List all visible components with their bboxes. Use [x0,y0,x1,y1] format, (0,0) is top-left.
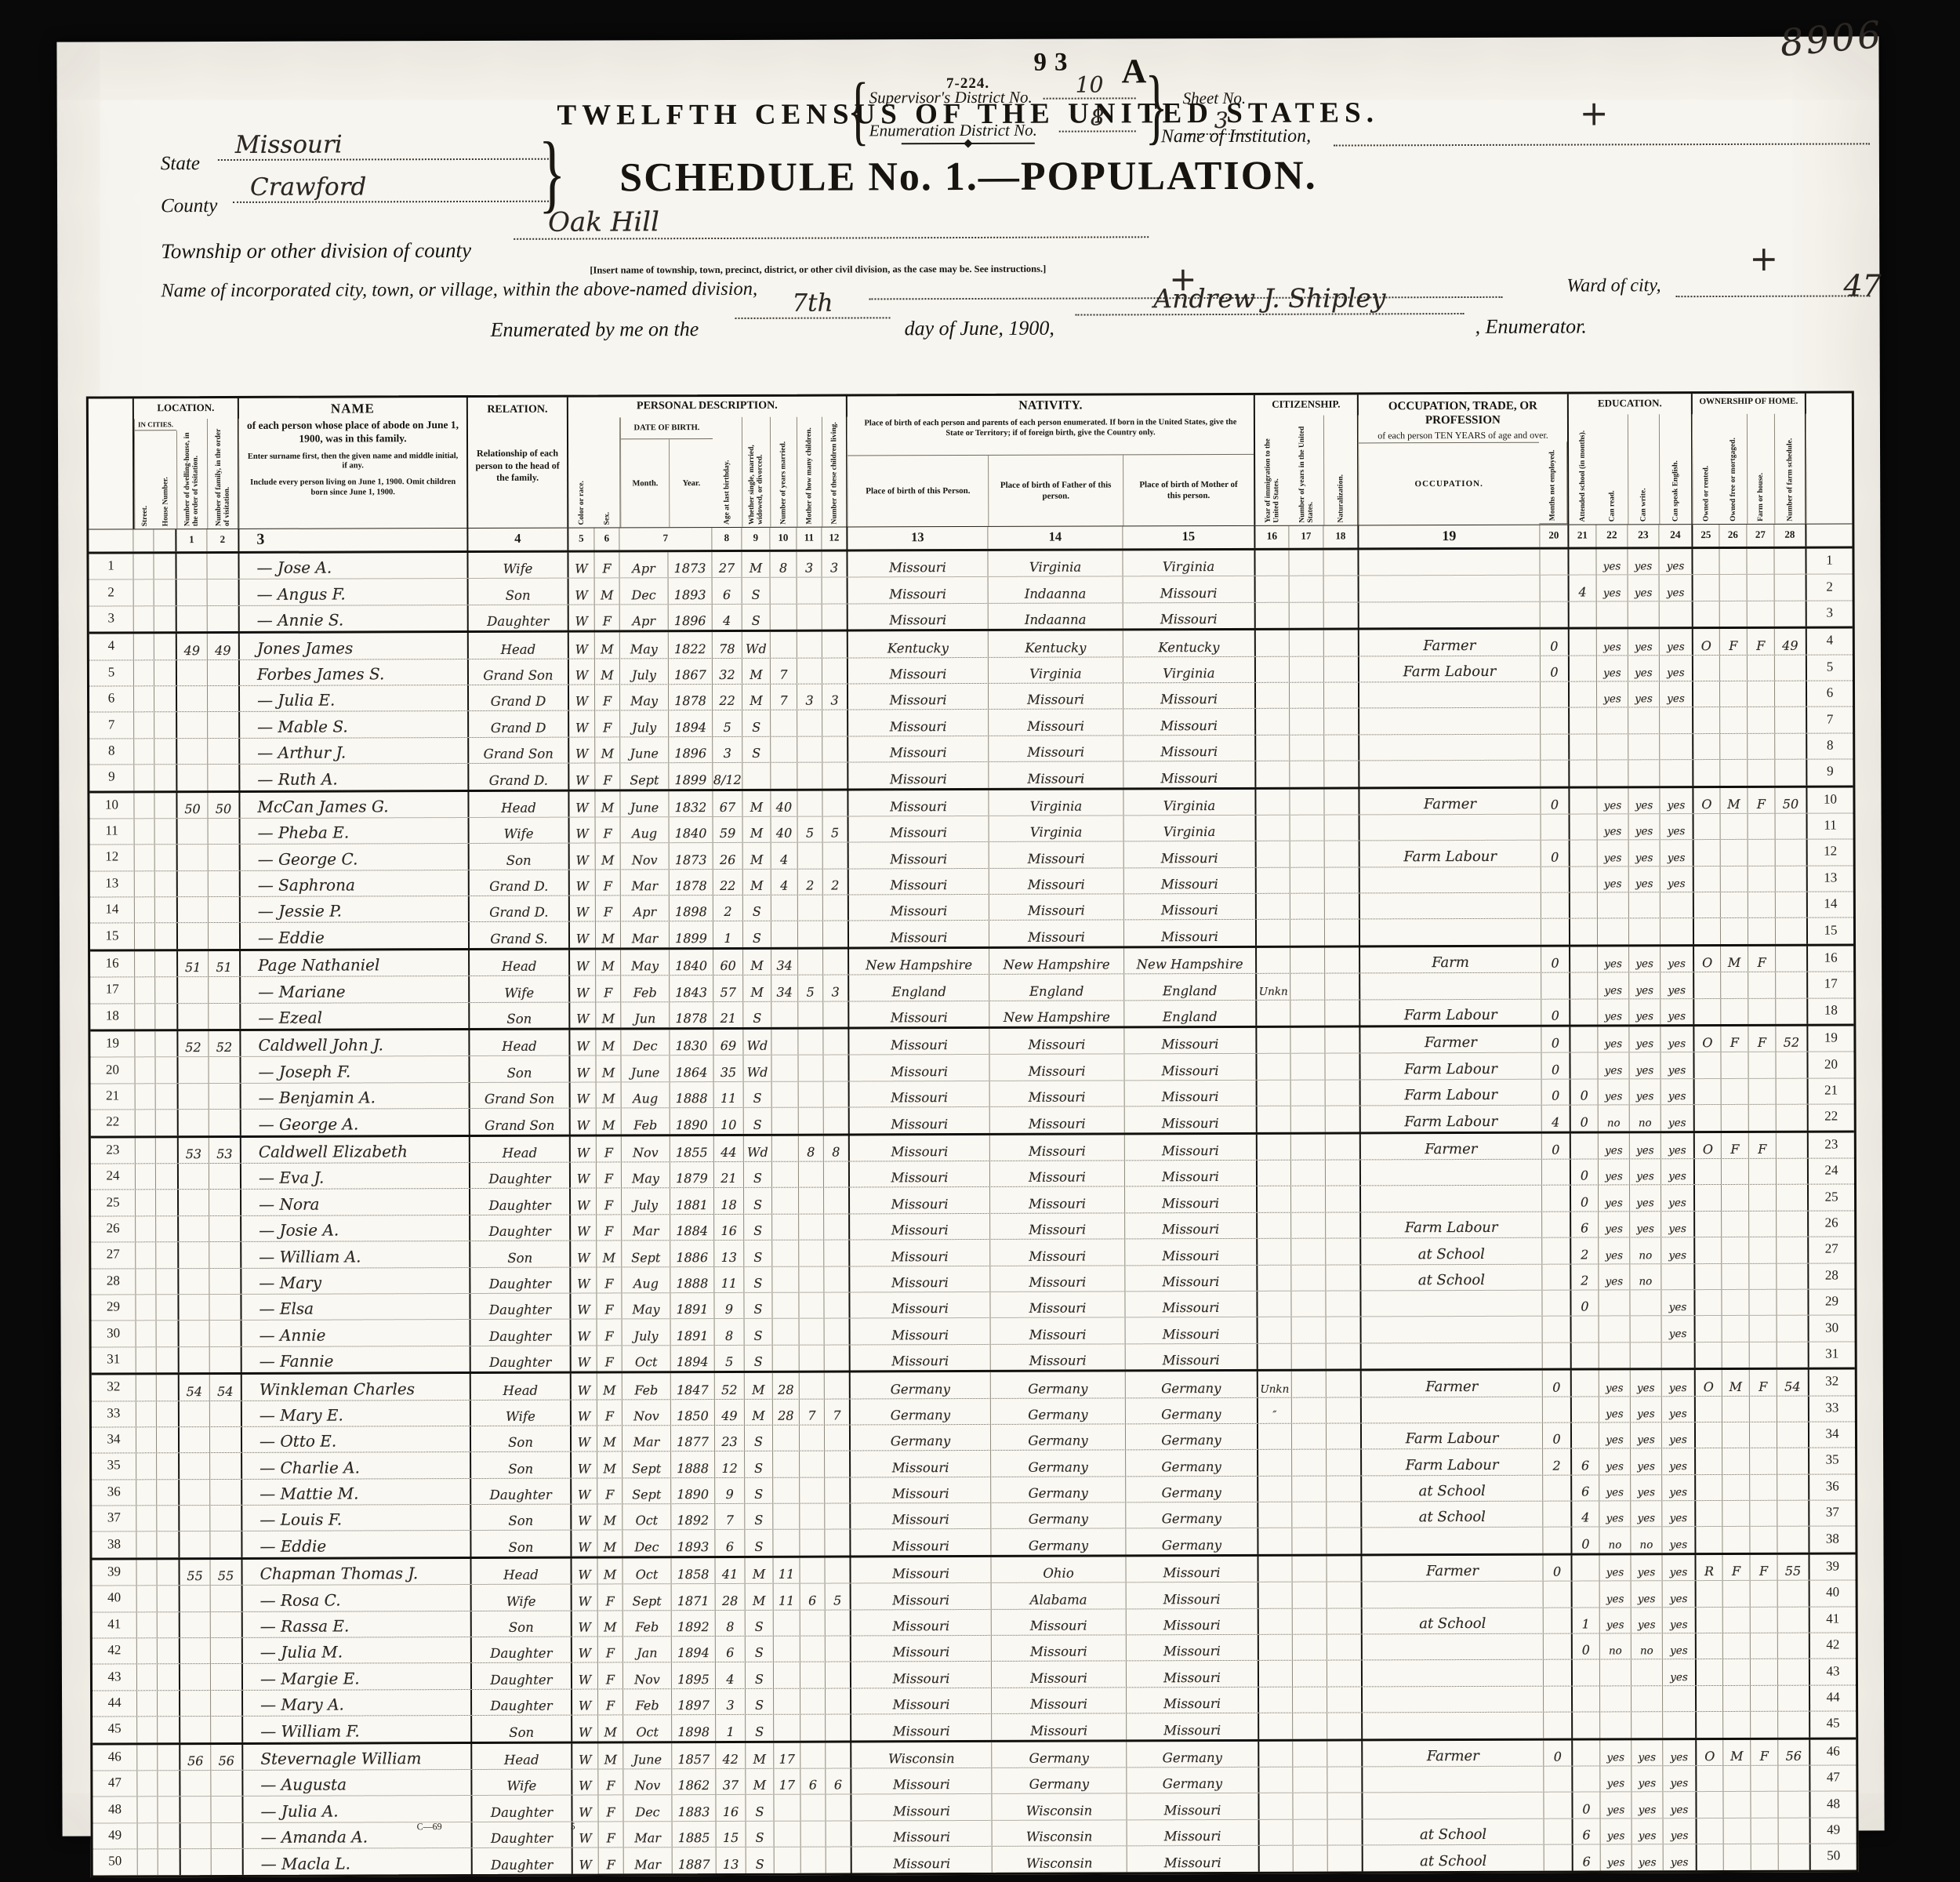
cell-sp: yes [1661,1370,1694,1396]
cell-ms: M [742,869,771,895]
cell-fh [1748,998,1775,1024]
cell-mc [797,710,822,736]
column-number: 11 [796,528,821,550]
cell-d [176,686,207,712]
cell-mo: Mar [623,1822,672,1847]
cell-blank [136,1745,157,1770]
cell-ow: O [1693,1026,1720,1052]
cell-d [176,739,207,765]
cell-fh [1751,1844,1778,1870]
cell-yr: 1899 [669,922,713,948]
cell-oc: at School [1359,1264,1541,1290]
cell-cr: W [567,553,593,578]
cell-pb: Missouri [848,1292,989,1318]
cell-f [208,845,239,870]
cell-ow [1694,1448,1722,1474]
cell-fm [1722,1527,1749,1553]
cell-ns [1774,707,1806,733]
cell-rl: Son [470,1505,570,1531]
cell-cr: W [571,1716,597,1741]
cell-ns [1777,1792,1809,1818]
occupation-sub: of each person TEN YEARS of age and over… [1365,430,1561,441]
cell-f [208,871,239,897]
col-farm-or-house: Farm or house. [1748,414,1775,524]
cell-mc [799,1504,824,1529]
cell-nm: — Mattie M. [241,1479,470,1505]
column-number [132,529,153,551]
cell-yu [1292,1713,1327,1739]
cell-mo: June [619,737,668,763]
cell-yu [1291,1397,1326,1423]
cell-ag: 9 [714,1478,744,1504]
cell-cr: W [568,922,595,947]
cell-sc [1568,734,1596,760]
cell-rd: yes [1599,1582,1631,1608]
cell-cr: W [572,1848,598,1873]
cell-ym [774,1821,800,1846]
cell-wr: yes [1628,1053,1660,1079]
cell-wr: no [1629,1264,1661,1290]
cell-pb: Missouri [848,1081,989,1107]
cell-rd: yes [1597,973,1628,999]
cell-ms: S [744,1477,772,1503]
cell-ow [1693,1052,1720,1078]
cell-rd: yes [1600,1818,1632,1844]
cell-blank [136,1717,157,1742]
cell-cr: W [569,1082,596,1107]
cell-cl: 8 [823,1135,848,1161]
cell-ns [1778,1818,1809,1844]
cell-rl: Grand D [467,685,568,711]
cell-d [177,1269,209,1295]
cell-oc [1358,576,1540,601]
cell-na [1323,735,1358,761]
cell-fh: F [1748,1132,1776,1158]
cell-yr: 1885 [672,1822,716,1847]
cell-pf: Missouri [989,1028,1123,1054]
cell-rl: Grand D. [467,764,568,790]
cell-mo: Oct [622,1346,670,1372]
cell-pm: Missouri [1124,1292,1256,1317]
row-number: 22 [1807,1105,1854,1131]
cell-mc [797,604,822,629]
cell-na [1324,841,1359,867]
cell-blank [155,1295,177,1320]
cell-im [1254,630,1289,656]
cell-ns: 55 [1777,1554,1808,1580]
column-number: 8 [711,528,741,550]
cell-oc [1358,761,1540,787]
cell-ag: 8/12 [712,763,742,789]
cell-ym [773,1688,800,1713]
cell-blank [133,765,154,790]
cell-rd: yes [1599,1608,1631,1633]
cell-yr: 1895 [671,1662,715,1688]
cell-ym [770,710,797,736]
cell-cr: W [568,633,594,658]
cell-nm: — Mary E. [241,1401,470,1426]
cell-mo: Nov [622,1663,671,1689]
cell-sp: yes [1660,867,1693,892]
cell-blank [154,606,176,631]
row-number: 9 [89,765,133,790]
cell-sp: yes [1662,1633,1695,1659]
cell-pf: England [989,975,1123,1001]
column-number: 14 [987,526,1122,549]
cell-wr: yes [1632,1818,1663,1844]
cell-im [1257,1557,1291,1582]
col-can-read: Can read. [1597,414,1628,524]
margin-note: 47 [1843,268,1881,303]
cell-rl: Wife [468,818,568,844]
cell-yu [1289,630,1323,656]
cell-sc: 0 [1570,1079,1598,1105]
cell-wr: yes [1630,1501,1661,1527]
cell-rd: yes [1595,549,1627,575]
cell-yu [1291,1556,1326,1582]
cell-ns [1777,1396,1808,1422]
cell-rl: Daughter [470,1796,571,1822]
cell-cl [822,1030,848,1055]
cell-pb: Missouri [848,869,989,895]
row-number: 49 [93,1823,137,1849]
row-number: 49 [1809,1818,1857,1844]
cell-yr: 1873 [667,552,711,578]
cell-f [209,1216,240,1242]
cell-rl: Daughter [470,1346,570,1372]
cell-blank [137,1823,158,1848]
cell-yr: 1893 [670,1530,714,1556]
cell-blank [156,1427,178,1452]
cell-mo: Aug [621,1267,670,1293]
cell-ow [1693,918,1720,944]
cell-ow [1694,1396,1722,1422]
cell-pf: Missouri [989,1240,1124,1266]
cell-cl [822,896,848,921]
cell-f [207,606,238,632]
cell-mu [1543,1660,1571,1686]
cell-oc: Farm Labour [1359,1053,1541,1079]
cell-fm [1722,1712,1750,1738]
column-number: 21 [1567,525,1595,547]
cell-rd: yes [1599,1766,1631,1792]
cell-pb: Missouri [848,1266,989,1292]
cell-sx: M [594,791,619,816]
row-number: 15 [90,924,134,950]
cell-ns [1776,1290,1807,1316]
cell-cr: W [568,1030,595,1055]
cell-yr: 1878 [668,685,712,710]
cell-pm: Virginia [1123,816,1255,841]
cell-oc [1358,708,1540,734]
cell-na [1327,1793,1361,1819]
cell-ns [1776,1132,1807,1158]
cell-cr: W [570,1505,597,1530]
cell-ns [1777,1607,1809,1633]
cell-cl [825,1795,850,1820]
census-table: LOCATION. IN CITIES. Street. House Numbe… [86,391,1859,1877]
cell-blank [136,1506,156,1531]
cell-fm: M [1719,787,1747,813]
cell-fh [1748,840,1775,866]
cell-ns [1777,1659,1809,1685]
cell-f [208,897,239,923]
cell-pm: Missouri [1123,894,1255,920]
cell-f [208,819,239,845]
cell-ns [1778,1844,1809,1870]
cell-yr: 1894 [670,1346,714,1372]
cell-nm: McCan James G. [238,792,467,818]
cell-im [1254,656,1289,682]
cell-ym [770,632,797,657]
cell-rl: Head [470,1558,570,1584]
cell-ag: 69 [713,1030,742,1055]
cell-ns [1774,760,1806,786]
cell-oc: at School [1360,1475,1542,1501]
row-number: 34 [92,1427,136,1453]
cell-pm: Missouri [1126,1713,1258,1739]
cell-sx: F [596,1215,621,1240]
cell-ms: S [745,1715,773,1741]
cell-im [1257,1528,1291,1554]
cell-d [179,1612,210,1638]
cell-im [1258,1688,1292,1713]
cell-cl [826,1821,851,1846]
cell-f [210,1771,241,1797]
cell-cr: W [568,1002,595,1027]
cell-sx: M [597,1504,622,1529]
cell-blank [134,897,154,922]
cell-nm: — William F. [241,1716,470,1742]
cell-yu [1290,1106,1325,1132]
cell-mu [1541,867,1569,892]
cell-pb: Missouri [848,921,989,946]
cell-rd: yes [1599,1793,1631,1818]
cell-cl [823,1081,848,1106]
cell-blank [155,1242,177,1267]
col-owned-free-mortgaged: Owned free or mortgaged. [1720,414,1748,524]
cell-wr [1628,601,1659,627]
cell-sc: 0 [1570,1528,1599,1553]
cell-rl: Head [468,1030,568,1056]
cell-ow [1692,601,1719,627]
row-number: 35 [1808,1448,1855,1474]
cell-nm: — Joseph F. [239,1056,468,1082]
cell-sx: F [596,1267,621,1292]
cell-mu: 0 [1540,656,1568,681]
row-number: 38 [1808,1527,1855,1553]
cell-d [180,1849,211,1875]
cell-sx: F [596,1136,621,1161]
cell-d [179,1691,210,1717]
cell-oc [1361,1634,1543,1660]
cell-fm [1722,1501,1749,1527]
cell-na [1324,894,1359,920]
cell-wr [1631,1712,1662,1738]
cell-blank [136,1612,157,1637]
cell-blank [154,897,176,922]
cell-ns [1775,814,1806,840]
cell-ms: S [745,1637,773,1662]
cell-im [1258,1741,1292,1767]
cell-oc: Farm Labour [1358,656,1540,681]
cell-cl [825,1637,850,1662]
cell-fh [1749,1527,1777,1553]
cell-mu [1540,708,1568,734]
cell-yr: 1891 [670,1293,713,1319]
cell-ms: S [746,1822,774,1847]
cell-sx: F [597,1478,622,1503]
cell-d [176,924,208,950]
cell-yu [1292,1793,1327,1819]
cell-ms: S [746,1847,774,1873]
cell-rd [1599,1342,1630,1368]
cell-cl [822,736,847,761]
cell-sp: yes [1659,575,1692,601]
cell-pf: Missouri [989,1161,1124,1186]
cell-cl [822,921,848,946]
cell-pf: Missouri [991,1714,1126,1740]
cell-ns: 52 [1775,1026,1806,1052]
cell-yr: 1867 [668,659,712,685]
cell-pb: Missouri [847,604,988,630]
column-number: 2 [206,529,238,551]
cell-d [176,871,208,897]
cell-sx: M [594,659,619,684]
cell-im [1258,1819,1293,1845]
cell-sc [1568,656,1596,681]
nativity-title: NATIVITY. [848,395,1254,417]
cell-pb: Kentucky [847,631,988,657]
cell-sc: 0 [1570,1290,1598,1316]
cell-oc: Farmer [1359,1027,1541,1053]
cell-fh [1750,1712,1777,1738]
cell-fh [1748,1159,1776,1185]
cell-d [179,1586,210,1611]
header-group-location: LOCATION. IN CITIES. Street. House Numbe… [132,398,238,529]
cell-sx: M [597,1611,622,1636]
cell-rd: yes [1599,1475,1630,1501]
cell-fm [1719,707,1747,733]
cell-rl: Grand S. [468,922,568,948]
cell-fm [1719,655,1747,681]
cell-ym: 7 [770,685,797,710]
cell-yr: 1891 [670,1319,714,1345]
cell-sp [1662,1712,1695,1738]
cell-oc [1360,1342,1542,1368]
cell-cr: W [568,1056,595,1081]
cell-na [1325,1160,1359,1186]
row-number: 29 [1807,1289,1854,1315]
row-number: 2 [1806,575,1853,601]
cell-blank [157,1771,179,1796]
cell-ns [1775,918,1806,944]
cell-fm [1722,1342,1749,1368]
cell-na [1327,1661,1361,1687]
row-number: 43 [93,1665,136,1691]
cell-sp: yes [1659,656,1692,681]
cell-d [178,1480,209,1506]
cell-na [1324,1027,1359,1053]
cell-fh [1749,1448,1777,1474]
cell-d [178,1321,209,1346]
cell-fh [1747,734,1774,760]
cell-oc: Farmer [1361,1740,1543,1766]
cell-nm: — Margie E. [241,1663,470,1689]
cell-yu [1291,1476,1326,1502]
cell-fh [1750,1686,1777,1712]
cell-sc [1569,919,1597,945]
col-children-living: Number of these children living. [822,416,848,526]
cell-ym [770,578,797,603]
cell-mu: 0 [1540,788,1568,814]
cell-blank [157,1638,179,1663]
cell-cl [826,1847,851,1873]
cell-rd [1596,734,1628,760]
cell-mu [1540,576,1568,601]
cell-sx: M [594,737,619,762]
cell-fh [1750,1633,1777,1659]
cell-blank [154,1058,176,1083]
cell-pf: Missouri [989,894,1123,920]
cell-blank [154,793,176,818]
cell-ym [771,1108,798,1133]
cell-rd: yes [1597,841,1628,867]
cell-pb: Germany [849,1425,990,1451]
col-birthplace-person: Place of birth of this Person. [848,456,989,527]
cell-mu [1543,1582,1571,1608]
cell-rd [1599,1317,1630,1342]
cell-pm: Missouri [1125,1317,1257,1343]
cell-pb: Missouri [848,1107,989,1133]
row-number: 39 [1808,1554,1855,1580]
cell-sx: M [597,1531,622,1556]
cell-blank [134,978,154,1003]
cell-pm: Missouri [1124,1134,1256,1160]
cell-wr: yes [1629,1133,1661,1159]
county-value: Crawford [233,173,549,203]
ownership-title: OWNERSHIP OF HOME. [1693,394,1805,414]
cell-oc: Farm Labour [1359,1212,1541,1237]
cell-yu [1291,1502,1326,1528]
cell-yu [1290,947,1324,973]
cell-yr: 1878 [669,870,713,896]
cell-mo: Dec [620,1030,669,1055]
cell-blank [157,1691,179,1716]
cell-sc [1569,841,1597,867]
cell-pf: Missouri [989,1266,1124,1292]
cell-yr: 1883 [671,1795,715,1821]
cell-d: 53 [177,1138,209,1164]
cell-f [207,579,238,605]
cell-sx: F [597,1663,622,1688]
col-sex: Sex. [595,417,620,527]
sheet-number-label: Sheet No. [1183,89,1247,108]
cell-fm [1722,1608,1750,1633]
cell-rl: Grand Son [469,1082,569,1108]
cell-im [1254,709,1289,735]
cell-cl [822,949,848,974]
cell-blank [136,1665,157,1690]
cell-nm: — Annie [241,1320,470,1346]
cell-cr: W [569,1136,596,1161]
ornament-divider [902,143,1035,145]
cell-fm [1723,1818,1751,1844]
cell-ym: 40 [770,790,797,816]
cell-na [1323,550,1357,576]
cell-wr: yes [1628,999,1660,1025]
cell-ag: 35 [713,1055,742,1081]
